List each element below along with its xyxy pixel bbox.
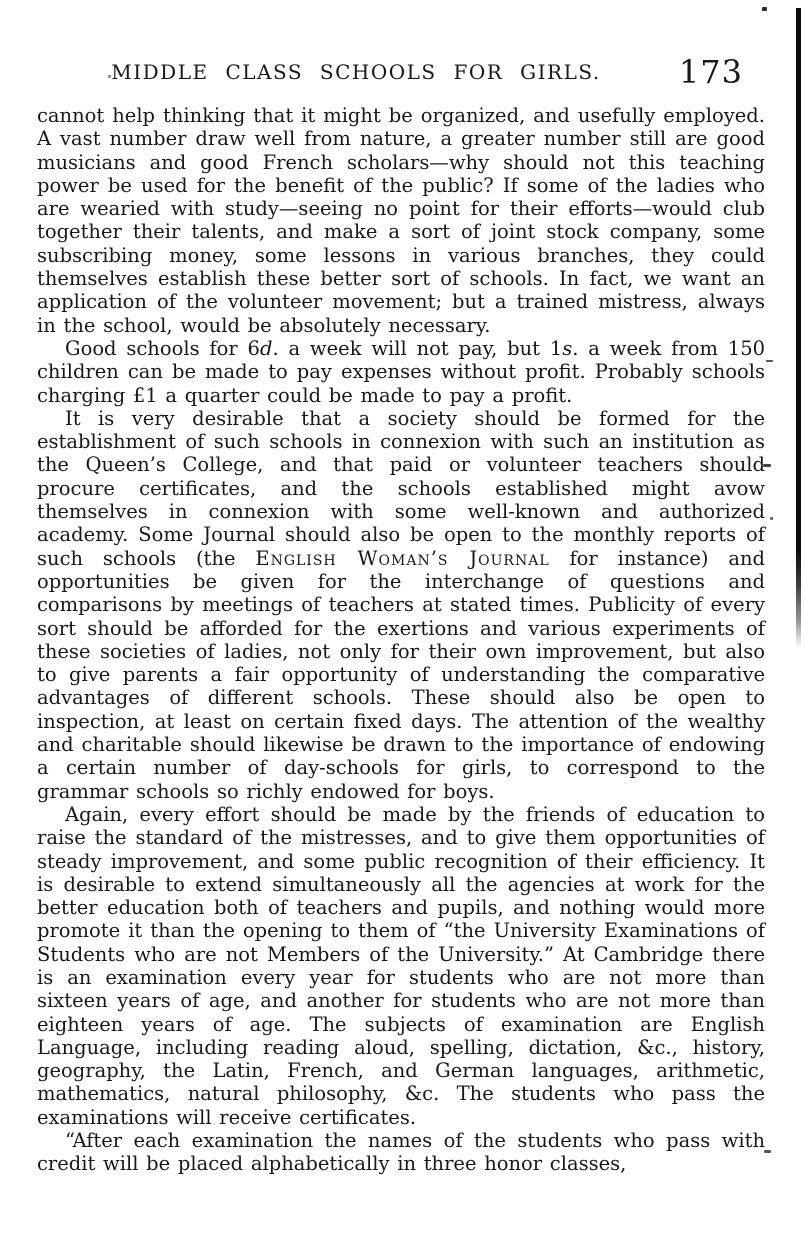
scanned-book-page: MIDDLE CLASS SCHOOLS FOR GIRLS. 173 cann… [0, 0, 809, 1254]
paragraph: Again, every effort should be made by th… [37, 803, 765, 1129]
scan-speck [108, 75, 111, 78]
text-segment: English Woman’s Journal [255, 547, 549, 570]
paragraph: “After each examination the names of the… [37, 1129, 765, 1176]
page-header: MIDDLE CLASS SCHOOLS FOR GIRLS. 173 [37, 57, 765, 91]
scan-speck [770, 517, 773, 520]
scan-gutter-shadow [796, 8, 801, 648]
text-segment: Good schools for 6 [65, 337, 260, 360]
text-segment: cannot help thinking that it might be or… [37, 104, 765, 337]
paragraph: cannot help thinking that it might be or… [37, 104, 765, 337]
text-segment: for instance) and opportunities be given… [37, 547, 765, 803]
running-header-title: MIDDLE CLASS SCHOOLS FOR GIRLS. [37, 60, 675, 84]
paragraph: It is very desirable that a society shou… [37, 407, 765, 803]
scan-speck [764, 1150, 771, 1153]
page-number: 173 [679, 53, 743, 91]
text-segment: “After each examination the names of the… [37, 1129, 765, 1175]
text-segment: It is very desirable that a society shou… [37, 407, 765, 570]
page-body: cannot help thinking that it might be or… [37, 104, 765, 1176]
text-segment: . a week will not pay, but 1 [272, 337, 562, 360]
text-segment: d [260, 337, 272, 360]
scan-speck [766, 360, 773, 362]
paragraph: Good schools for 6d. a week will not pay… [37, 337, 765, 407]
scan-speck [763, 464, 771, 467]
scan-speck [762, 7, 767, 11]
text-segment: Again, every effort should be made by th… [37, 803, 765, 1129]
text-segment: s [562, 337, 572, 360]
